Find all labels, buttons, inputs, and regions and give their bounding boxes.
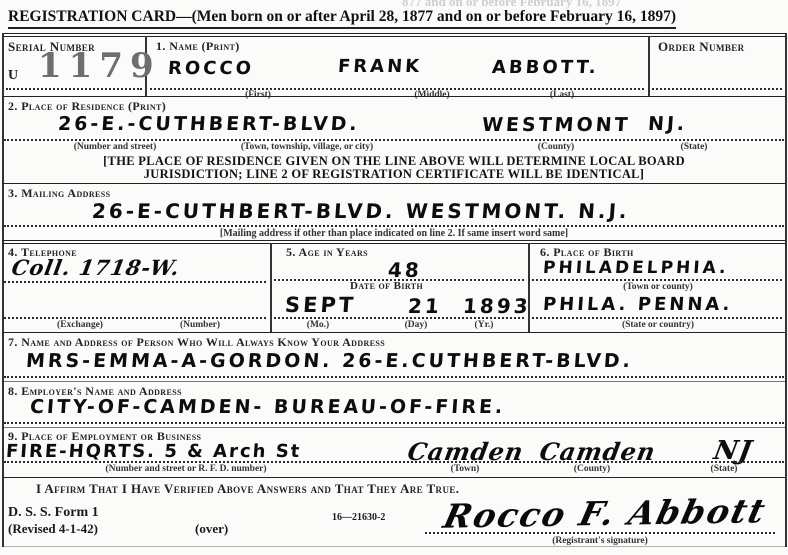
date-of-birth-label: Date of Birth [350,280,423,292]
residence-state-value: NJ. [647,113,688,135]
registration-card: 877 and on or before February 16, 1897 R… [0,0,788,555]
left-border [2,33,4,547]
row7-separator [2,477,786,478]
birthplace-town-sublabel: (Town or county) [623,282,693,292]
name-first-sublabel: (First) [245,90,271,100]
divider-age-birth [528,243,530,332]
name-last-value: ABBOTT. [491,57,599,78]
card-title: REGISTRATION CARD—(Men born on or after … [8,8,676,29]
age-label: 5. Age in Years [286,245,368,260]
telephone-number-sublabel: (Number) [180,320,220,330]
bottom-border [2,546,786,547]
affirmation-statement: I Affirm That I Have Verified Above Answ… [36,481,459,497]
name-label: 1. Name (Print) [156,39,240,54]
residence-state-sublabel: (State) [681,142,708,152]
mailing-sublabel: [Mailing address if other than place ind… [220,228,568,239]
top-border [2,33,786,37]
telephone-exchange-sublabel: (Exchange) [57,320,103,330]
employment-county-sublabel: (County) [574,464,610,474]
telephone-value: Coll. 1718-W. [10,255,182,280]
name-middle-value: FRANK [337,56,423,77]
print-code: 16—21630-2 [332,512,385,523]
mailing-value: 26-E-CUTHBERT-BLVD. WESTMONT. N.J. [91,199,630,223]
birthplace-state-sublabel: (State or country) [622,320,694,330]
divider-phone-age [270,243,272,332]
birthplace-town-line [532,279,782,281]
residence-town-sublabel: (Town, township, village, or city) [241,142,373,152]
over-label: (over) [195,521,228,537]
name-last-sublabel: (Last) [550,90,574,100]
employer-line [4,422,784,424]
dob-month-sublabel: (Mo.) [307,320,329,330]
right-border [785,33,787,547]
dob-year-value: 1893 [462,294,531,318]
residence-street-sublabel: (Number and street) [74,142,157,152]
employment-street-sublabel: (Number and street or R. F. D. number) [105,464,266,474]
residence-town-value: WESTMONT [481,114,631,136]
row3-separator [2,240,786,244]
form-number: D. S. S. Form 1 [8,505,99,521]
mailing-line [4,225,784,227]
form-revision: (Revised 4-1-42) [8,521,98,537]
dob-line [274,317,524,319]
dob-day-sublabel: (Day) [405,320,428,330]
residence-label: 2. Place of Residence (Print) [8,99,166,114]
serial-prefix: U [8,68,18,84]
divider-name-order [648,36,650,96]
dob-year-sublabel: (Yr.) [475,320,494,330]
residence-notice-line2: JURISDICTION; LINE 2 OF REGISTRATION CER… [144,167,645,182]
birthplace-town-value: PHILADELPHIA. [542,258,729,278]
contact-label: 7. Name and Address of Person Who Will A… [8,335,385,350]
name-first-value: ROCCO [167,58,254,79]
residence-street-value: 26-E.-CUTHBERT-BLVD. [57,113,360,135]
residence-line [4,139,784,141]
registrant-signature: Rocco F. Abbott [440,491,771,536]
employment-street-value: FIRE-HQRTS. 5 & Arch St [5,441,302,462]
employment-town-sublabel: (Town) [451,464,480,474]
employer-value: CITY-OF-CAMDEN- BUREAU-OF-FIRE. [29,396,506,418]
order-number-line [652,88,782,90]
signature-sublabel: (Registrant's signature) [552,536,648,546]
birthplace-state-value: PHILA. PENNA. [542,294,733,315]
employment-state-sublabel: (State) [711,464,738,474]
row2-separator [2,183,786,184]
contact-value: MRS-EMMA-A-GORDON. 26-E.CUTHBERT-BLVD. [25,350,633,372]
contact-line [4,376,784,378]
serial-number-stamp: 1179 [38,46,161,86]
residence-county-sublabel: (County) [538,142,574,152]
telephone-line [4,281,266,283]
row1-separator [2,96,786,97]
telephone-bottom-line [4,317,266,319]
row4-separator [2,332,786,333]
birthplace-state-line [532,317,782,319]
dob-month-value: SEPT [284,293,357,317]
serial-line [6,88,142,90]
row5-separator [2,381,786,382]
employment-line [4,461,784,463]
name-middle-sublabel: (Middle) [414,90,449,100]
row6-separator [2,427,786,428]
dob-day-value: 21 [407,294,443,318]
order-number-label: Order Number [658,39,745,55]
